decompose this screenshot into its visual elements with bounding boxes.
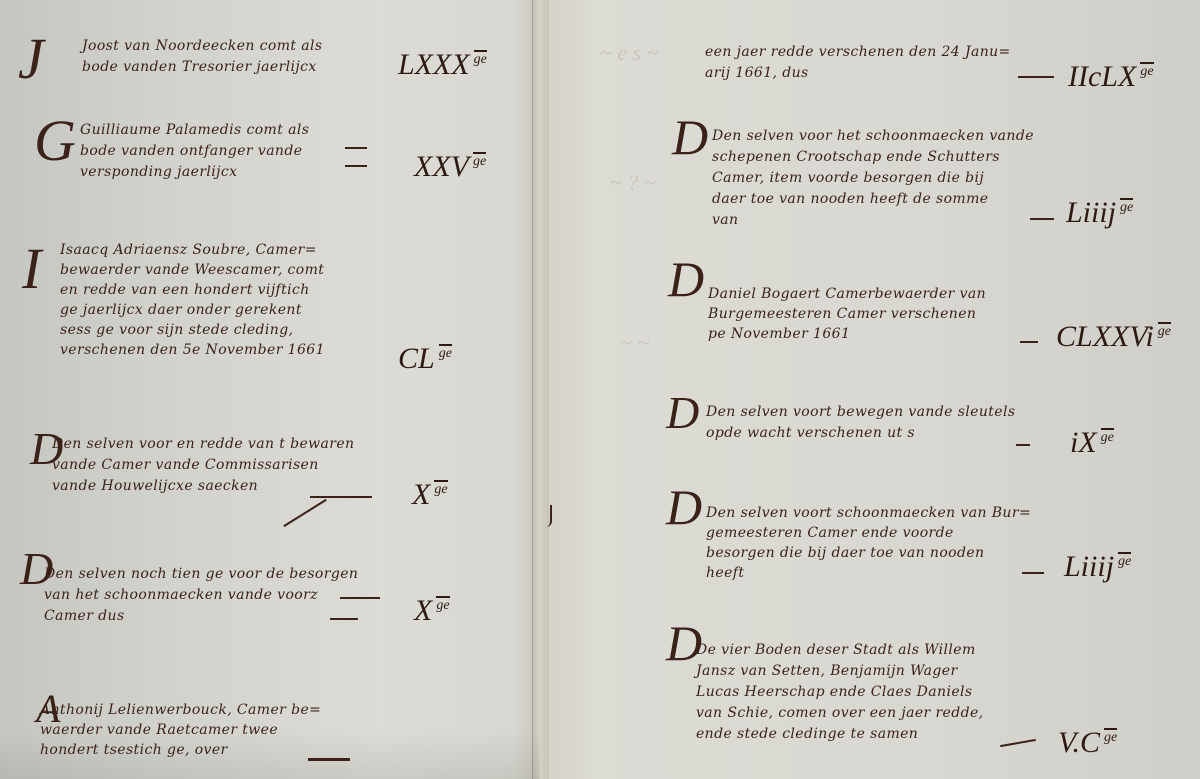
entry-line: Lucas Heerschap ende Claes Daniels xyxy=(696,682,984,703)
filler-dash xyxy=(330,618,358,620)
filler-dash xyxy=(1018,76,1054,78)
filler-dash xyxy=(1030,218,1054,220)
entry-line: Daniel Bogaert Camerbewaerder van xyxy=(708,284,986,304)
entry-line: besorgen die bij daer toe van nooden xyxy=(706,543,1031,563)
filler-dash xyxy=(1020,341,1038,343)
amount-unit: ge xyxy=(473,152,486,169)
entry-line: ende stede cledinge te samen xyxy=(696,724,984,745)
entry-amount: V.Cge xyxy=(1058,728,1117,758)
amount-unit: ge xyxy=(1120,198,1133,215)
entry-amount: IIcLXge xyxy=(1068,62,1154,92)
amount-unit: ge xyxy=(1118,552,1131,569)
filler-dash xyxy=(1016,444,1030,446)
book-gutter xyxy=(532,0,549,779)
amount-unit: ge xyxy=(434,480,447,497)
amount-unit: ge xyxy=(439,344,452,361)
entry-line: Isaacq Adriaensz Soubre, Camer= xyxy=(60,240,325,260)
entry-line: gemeesteren Camer ende voorde xyxy=(706,523,1031,543)
filler-dash xyxy=(340,597,380,599)
entry-line: sess ge voor sijn stede cleding, xyxy=(60,320,325,340)
entry-line: bode vanden ontfanger vande xyxy=(80,141,309,162)
amount-unit: ge xyxy=(1101,428,1114,445)
amount-value: iX xyxy=(1070,426,1097,459)
entry-amount: CLXXVige xyxy=(1056,322,1171,352)
entry-line: Den selven noch tien ge voor de besorgen xyxy=(44,564,358,585)
entry-initial: G xyxy=(34,112,76,170)
entry-amount: Xge xyxy=(414,596,450,626)
entry-line: Joost van Noordeecken comt als xyxy=(82,36,323,57)
amount-unit: ge xyxy=(1140,62,1153,79)
entry-line: Den selven voor het schoonmaecken vande xyxy=(712,126,1034,147)
entry-line: van Schie, comen over een jaer redde, xyxy=(696,703,984,724)
entry-line: arij 1661, dus xyxy=(705,63,1011,84)
entry-amount: Xge xyxy=(412,480,448,510)
amount-value: Liiij xyxy=(1066,196,1116,229)
entry-amount: Liiijge xyxy=(1066,198,1133,228)
amount-value: XXV xyxy=(414,150,469,183)
entry-line: bewaerder vande Weescamer, comt xyxy=(60,260,325,280)
bleed-through-text: ~ ~ xyxy=(620,330,649,356)
ledger-entry: Den selven voor en redde van t bewaren v… xyxy=(52,434,354,497)
filler-dash xyxy=(345,147,367,149)
entry-line: hondert tsestich ge, over xyxy=(40,740,321,760)
entry-line: daer toe van nooden heeft de somme xyxy=(712,189,1034,210)
entry-line: heeft xyxy=(706,563,1031,583)
entry-line: bode vanden Tresorier jaerlijcx xyxy=(82,57,323,78)
amount-unit: ge xyxy=(474,50,487,67)
ledger-entry: Daniel Bogaert Camerbewaerder van Burgem… xyxy=(708,284,986,344)
ink-mark xyxy=(546,505,552,527)
entry-amount: XXVge xyxy=(414,152,486,182)
entry-line: een jaer redde verschenen den 24 Janu= xyxy=(705,42,1011,63)
entry-line: en redde van een hondert vijftich xyxy=(60,280,325,300)
entry-line: versponding jaerlijcx xyxy=(80,162,309,183)
amount-value: LXXX xyxy=(398,48,470,81)
entry-initial: I xyxy=(22,240,41,298)
ledger-entry: Isaacq Adriaensz Soubre, Camer= bewaerde… xyxy=(60,240,325,360)
entry-line: Burgemeesteren Camer verschenen xyxy=(708,304,986,324)
ledger-entry: Joost van Noordeecken comt als bode vand… xyxy=(82,36,323,78)
amount-unit: ge xyxy=(1158,322,1171,339)
entry-line: Guilliaume Palamedis comt als xyxy=(80,120,309,141)
amount-unit: ge xyxy=(1104,728,1117,745)
ledger-entry: Guilliaume Palamedis comt als bode vande… xyxy=(80,120,309,183)
entry-line: De vier Boden deser Stadt als Willem xyxy=(696,640,984,661)
filler-dash xyxy=(310,496,372,498)
entry-line: van xyxy=(712,210,1034,231)
entry-line: vande Houwelijcxe saecken xyxy=(52,476,354,497)
entry-line: Den selven voor en redde van t bewaren xyxy=(52,434,354,455)
entry-line: Camer, item voorde besorgen die bij xyxy=(712,168,1034,189)
entry-amount: LXXXge xyxy=(398,50,487,80)
entry-line: Den selven voort schoonmaecken van Bur= xyxy=(706,503,1031,523)
ledger-entry: Den selven voor het schoonmaecken vande … xyxy=(712,126,1034,231)
bleed-through-text: ~ e s ~ xyxy=(600,40,659,66)
filler-dash xyxy=(308,758,350,761)
entry-line: opde wacht verschenen ut s xyxy=(706,423,1015,444)
amount-value: CL xyxy=(398,342,435,375)
ledger-entry: Den selven voort schoonmaecken van Bur= … xyxy=(706,503,1031,583)
ledger-entry: De vier Boden deser Stadt als Willem Jan… xyxy=(696,640,984,745)
entry-line: verschenen den 5e November 1661 xyxy=(60,340,325,360)
ledger-entry: Anthonij Lelienwerbouck, Camer be= waerd… xyxy=(40,700,321,760)
amount-value: V.C xyxy=(1058,726,1100,759)
entry-amount: iXge xyxy=(1070,428,1114,458)
left-page xyxy=(0,0,540,779)
entry-line: vande Camer vande Commissarisen xyxy=(52,455,354,476)
entry-line: van het schoonmaecken vande voorz xyxy=(44,585,358,606)
ledger-entry: Den selven voort bewegen vande sleutels … xyxy=(706,402,1015,444)
entry-initial: D xyxy=(666,478,702,536)
amount-value: CLXXVi xyxy=(1056,320,1154,353)
ledger-entry: Den selven noch tien ge voor de besorgen… xyxy=(44,564,358,627)
entry-line: Camer dus xyxy=(44,606,358,627)
bleed-through-text: ~ ? ~ xyxy=(610,170,656,196)
entry-line: Jansz van Setten, Benjamijn Wager xyxy=(696,661,984,682)
entry-line: schepenen Crootschap ende Schutters xyxy=(712,147,1034,168)
ledger-entry: een jaer redde verschenen den 24 Janu= a… xyxy=(705,42,1011,84)
entry-amount: Liiijge xyxy=(1064,552,1131,582)
entry-line: Den selven voort bewegen vande sleutels xyxy=(706,402,1015,423)
filler-dash xyxy=(1022,572,1044,574)
amount-value: IIcLX xyxy=(1068,60,1136,93)
entry-initial: D xyxy=(672,108,708,166)
filler-dash xyxy=(345,165,367,167)
entry-line: Anthonij Lelienwerbouck, Camer be= xyxy=(40,700,321,720)
amount-value: X xyxy=(412,478,430,511)
entry-line: waerder vande Raetcamer twee xyxy=(40,720,321,740)
amount-value: Liiij xyxy=(1064,550,1114,583)
entry-initial: D xyxy=(668,250,704,308)
entry-initial: D xyxy=(666,384,699,442)
amount-unit: ge xyxy=(436,596,449,613)
amount-value: X xyxy=(414,594,432,627)
entry-amount: CLge xyxy=(398,344,452,374)
entry-line: ge jaerlijcx daer onder gerekent xyxy=(60,300,325,320)
entry-initial: J xyxy=(18,30,44,88)
entry-line: pe November 1661 xyxy=(708,324,986,344)
